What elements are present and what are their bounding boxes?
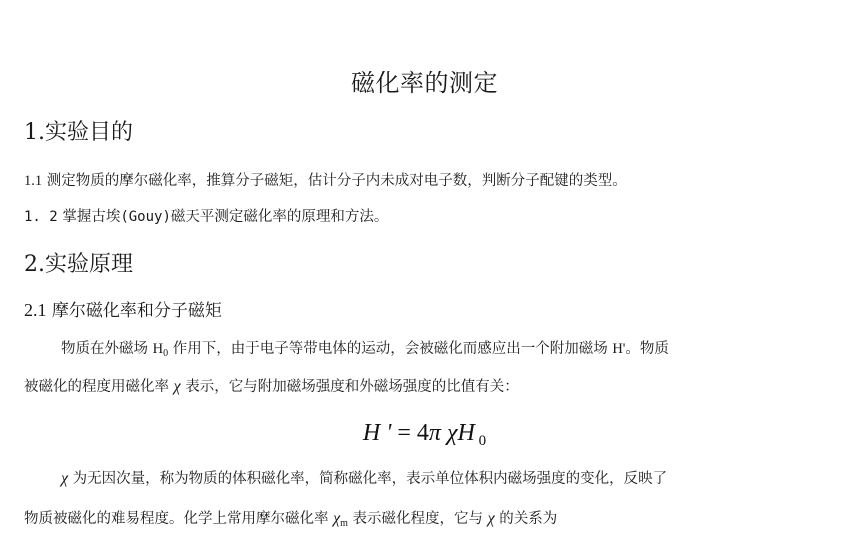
text-run: 表示磁化程度，它与 xyxy=(348,511,488,527)
section-title: 实验目的 xyxy=(45,120,133,145)
formula-coefficient: 4 xyxy=(417,420,429,446)
item-number: 1.1 xyxy=(24,173,42,189)
section-title: 实验原理 xyxy=(45,252,133,277)
symbol-chi: χ xyxy=(174,378,181,395)
document-page: 磁化率的测定 1.实验目的 1.1 测定物质的摩尔磁化率，推算分子磁矩，估计分子… xyxy=(0,0,849,543)
section-heading-2: 2.实验原理 xyxy=(24,250,133,280)
objective-item-1: 1.1 测定物质的摩尔磁化率，推算分子磁矩，估计分子内未成对电子数，判断分子配键… xyxy=(24,170,627,192)
paragraph-1-line-1: 物质在外磁场 H0 作用下，由于电子等带电体的运动，会被磁化而感应出一个附加磁场… xyxy=(61,338,669,360)
document-title: 磁化率的测定 xyxy=(0,66,849,100)
variable-H-prime: H' xyxy=(612,341,625,357)
text-run: 为无因次量，称为物质的体积磁化率，简称磁化率，表示单位体积内磁场强度的变化，反映… xyxy=(68,471,667,487)
formula-magnetization: H ' = 4π χH 0 xyxy=(0,418,849,448)
variable-H: H xyxy=(153,341,163,357)
formula-subscript: 0 xyxy=(475,433,486,449)
subsection-title: 摩尔磁化率和分子磁矩 xyxy=(47,301,222,321)
item-number: 1. 2 xyxy=(24,209,58,225)
subsection-number: 2.1 xyxy=(24,300,47,320)
formula-pi: π xyxy=(429,420,441,446)
paragraph-1-line-2: 被磁化的程度用磁化率 χ 表示，它与附加磁场强度和外磁场强度的比值有关： xyxy=(24,376,519,398)
formula-H: H xyxy=(458,420,475,446)
item-text: 测定物质的摩尔磁化率，推算分子磁矩，估计分子内未成对电子数，判断分子配键的类型。 xyxy=(42,173,627,189)
item-text-before: 掌握古埃 xyxy=(58,209,121,225)
section-number: 2. xyxy=(24,252,45,277)
paragraph-2-line-1: χ 为无因次量，称为物质的体积磁化率，简称磁化率，表示单位体积内磁场强度的变化，… xyxy=(61,468,667,490)
item-text-after: 磁天平测定磁化率的原理和方法。 xyxy=(171,209,389,225)
subscript-m: m xyxy=(340,518,348,529)
subsection-heading-2-1: 2.1 摩尔磁化率和分子磁矩 xyxy=(24,298,222,323)
symbol-chi: χ xyxy=(488,510,495,527)
text-run: 的关系为 xyxy=(495,511,558,527)
text-run: 物质被磁化的难易程度。化学上常用摩尔磁化率 xyxy=(24,511,333,527)
formula-lhs: H ' xyxy=(363,420,391,446)
text-run: 。物质 xyxy=(625,341,669,357)
section-heading-1: 1.实验目的 xyxy=(24,118,133,148)
text-run: 表示，它与附加磁场强度和外磁场强度的比值有关： xyxy=(181,379,519,395)
symbol-chi: χ xyxy=(61,470,68,487)
paragraph-2-line-2: 物质被磁化的难易程度。化学上常用摩尔磁化率 χm 表示磁化程度，它与 χ 的关系… xyxy=(24,508,557,530)
formula-chi: χ xyxy=(441,420,458,446)
text-run: 被磁化的程度用磁化率 xyxy=(24,379,174,395)
objective-item-2: 1. 2 掌握古埃(Gouy)磁天平测定磁化率的原理和方法。 xyxy=(24,206,388,228)
text-run: 物质在外磁场 xyxy=(61,341,153,357)
text-run: 作用下，由于电子等带电体的运动，会被磁化而感应出一个附加磁场 xyxy=(168,341,612,357)
section-number: 1. xyxy=(24,120,45,145)
formula-equals: = xyxy=(391,420,417,446)
item-text-paren: (Gouy) xyxy=(120,209,171,225)
